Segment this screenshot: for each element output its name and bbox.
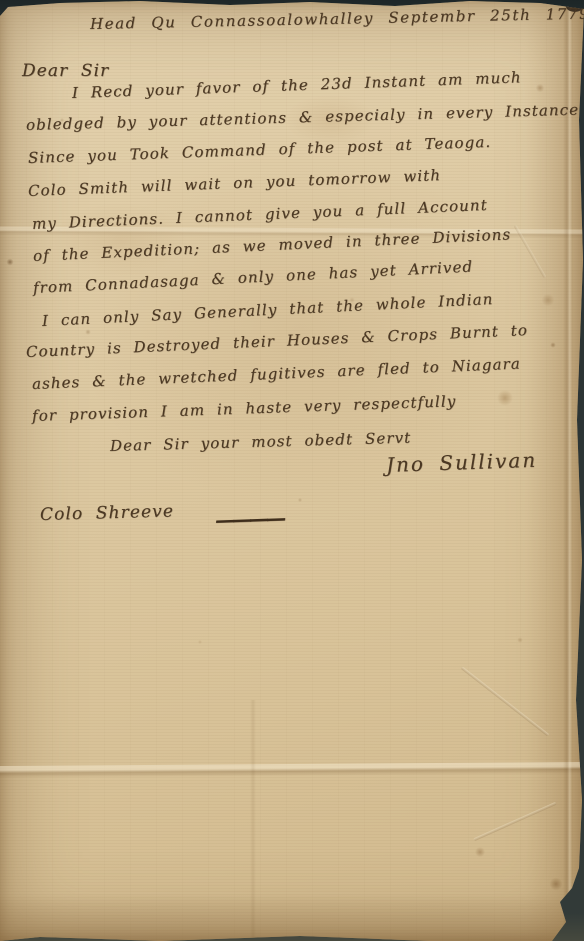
letter-addressee: Colo Shreeve xyxy=(40,501,175,525)
letter-salutation: Dear Sir xyxy=(22,61,109,81)
letter-paper: Head Qu Connassoalowhalley Septembr 25th… xyxy=(0,0,584,941)
scan-background: Head Qu Connassoalowhalley Septembr 25th… xyxy=(0,0,584,941)
addressee-ink-dash: ———— xyxy=(215,506,284,532)
